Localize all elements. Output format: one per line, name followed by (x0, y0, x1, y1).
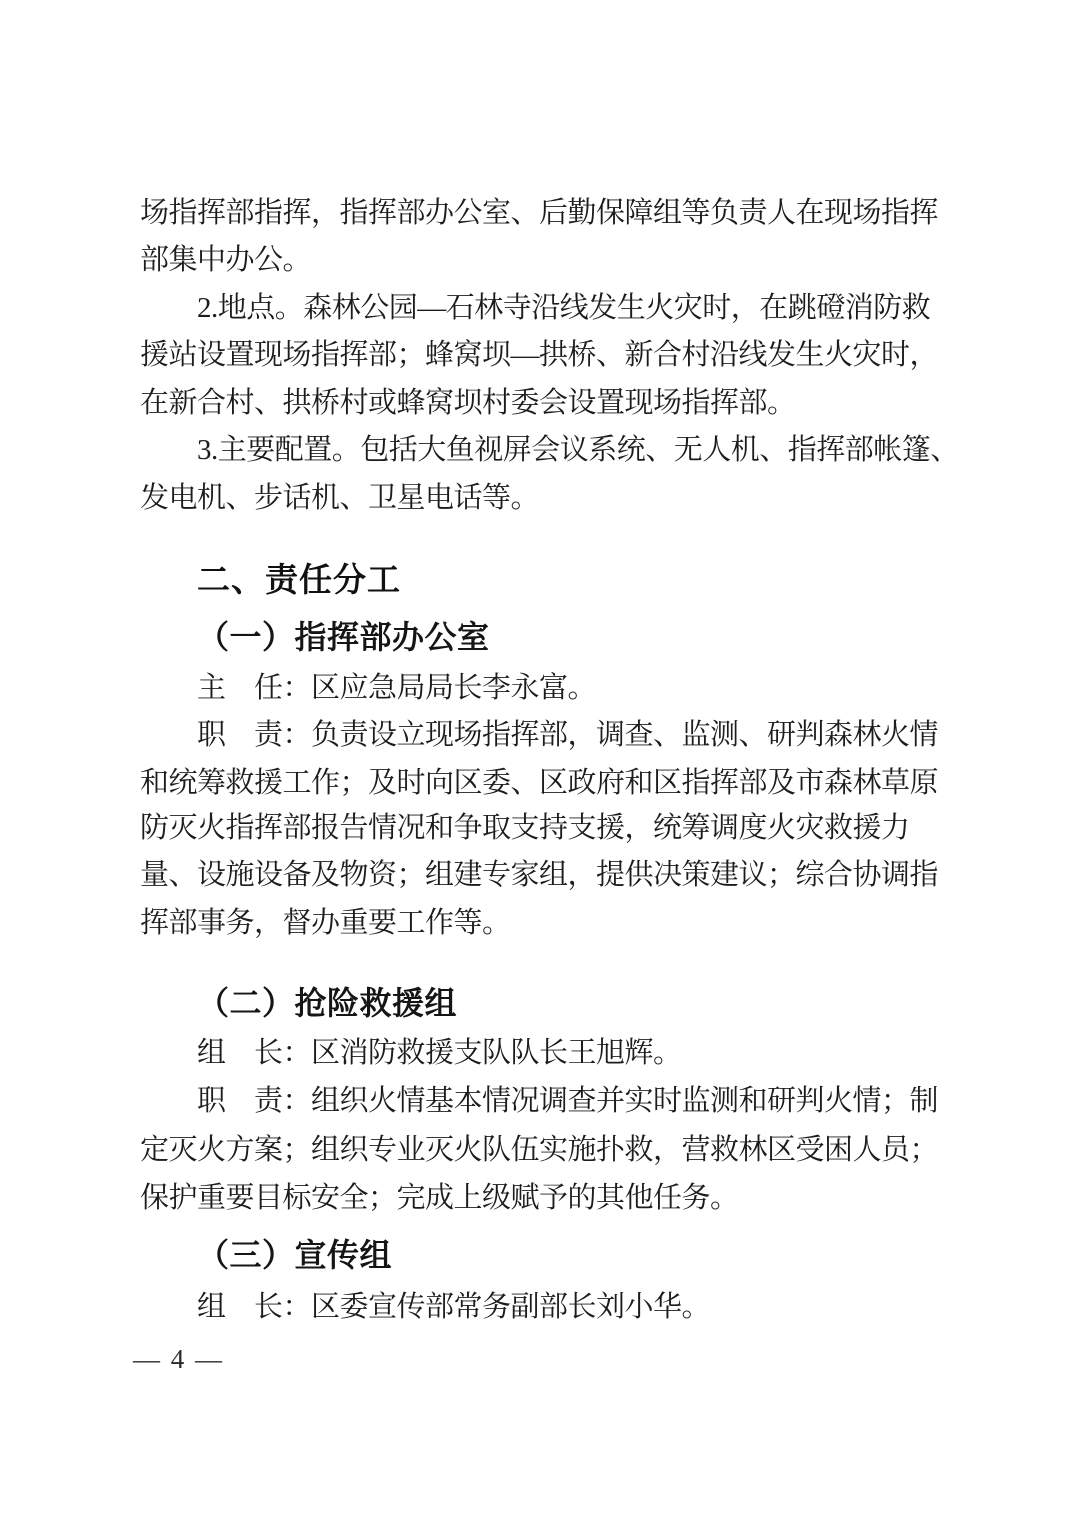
text-line: 保护重要目标安全；完成上级赋予的其他任务。 (140, 1182, 970, 1215)
text-line: 部集中办公。 (140, 244, 970, 277)
text-line: 防灭火指挥部报告情况和争取支持支援，统筹调度火灾救援力 (140, 812, 970, 845)
text-line: 在新合村、拱桥村或蜂窝坝村委会设置现场指挥部。 (140, 387, 970, 420)
text-line: 定灭火方案；组织专业灭火队伍实施扑救，营救林区受困人员； (140, 1134, 970, 1167)
text-line: 场指挥部指挥，指挥部办公室、后勤保障组等负责人在现场指挥 (140, 197, 970, 230)
text-line: 组 长：区消防救援支队队长王旭辉。 (140, 1037, 1027, 1070)
text-line: 挥部事务，督办重要工作等。 (140, 907, 970, 940)
text-line: 发电机、步话机、卫星电话等。 (140, 482, 970, 515)
subsection-heading-3: （三）宣传组 (140, 1238, 1027, 1273)
subsection-heading-2: （二）抢险救援组 (140, 986, 1027, 1021)
page-number: — 4 — (133, 1344, 224, 1375)
text-line: 职 责：组织火情基本情况调查并实时监测和研判火情；制 (140, 1085, 1027, 1118)
text-line: 2.地点。森林公园—石林寺沿线发生火灾时，在跳磴消防救 (140, 292, 1027, 325)
section-heading-1: 二、责任分工 (140, 562, 1027, 598)
text-line: 主 任：区应急局局长李永富。 (140, 672, 1027, 705)
subsection-heading-1: （一）指挥部办公室 (140, 620, 1027, 655)
text-line: 援站设置现场指挥部；蜂窝坝—拱桥、新合村沿线发生火灾时， (140, 339, 970, 372)
text-line: 量、设施设备及物资；组建专家组，提供决策建议；综合协调指 (140, 859, 970, 892)
document-page: 场指挥部指挥，指挥部办公室、后勤保障组等负责人在现场指挥 部集中办公。 2.地点… (0, 0, 1074, 1520)
text-line: 3.主要配置。包括大鱼视屏会议系统、无人机、指挥部帐篷、 (140, 434, 1027, 467)
text-line: 职 责：负责设立现场指挥部，调查、监测、研判森林火情 (140, 719, 1027, 752)
text-line: 组 长：区委宣传部常务副部长刘小华。 (140, 1291, 1027, 1324)
text-line: 和统筹救援工作；及时向区委、区政府和区指挥部及市森林草原 (140, 767, 970, 800)
